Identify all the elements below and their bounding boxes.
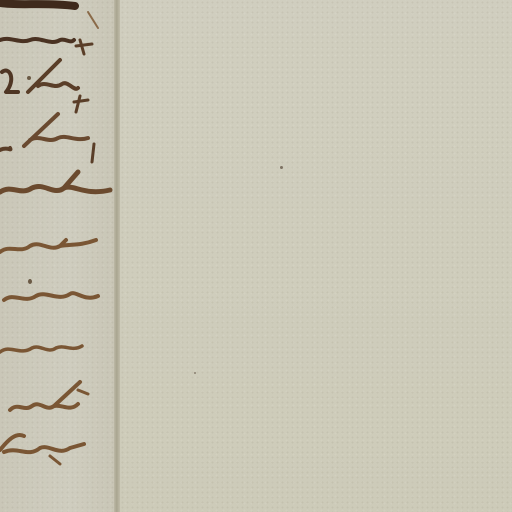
paper-speck bbox=[194, 372, 196, 374]
ink-speck bbox=[27, 76, 31, 80]
handwriting-ink-strokes bbox=[0, 0, 512, 512]
manuscript-photo bbox=[0, 0, 512, 512]
ink-speck bbox=[28, 279, 32, 284]
paper-speck bbox=[280, 166, 283, 169]
